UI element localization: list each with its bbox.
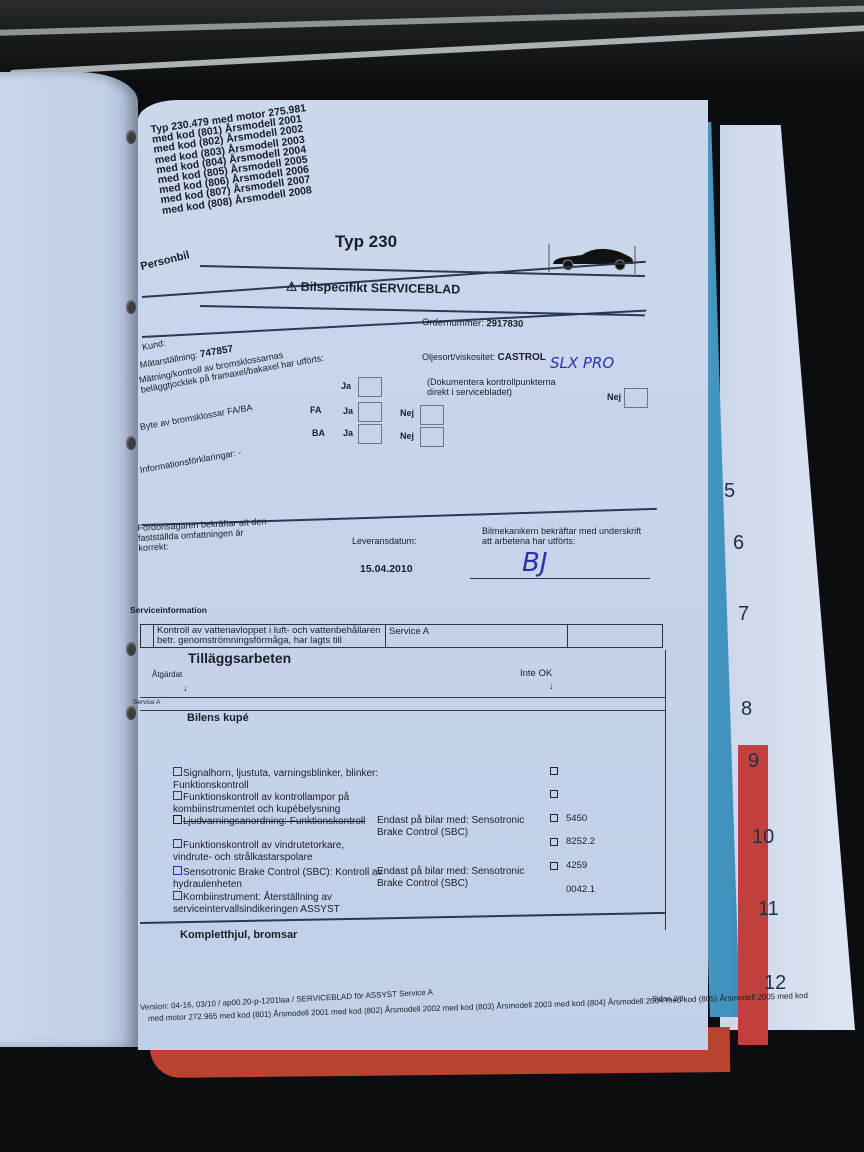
arrow-down-icon: ↓	[183, 683, 188, 693]
divider	[140, 697, 665, 698]
ba-ja-checkbox[interactable]	[358, 424, 382, 444]
page-number: Sidan 2/3	[652, 994, 684, 1003]
fa-label: FA	[310, 405, 322, 415]
ba-ja-label: Ja	[343, 428, 353, 438]
binder-ring	[126, 300, 136, 314]
fa-ja-checkbox[interactable]	[358, 402, 382, 422]
oil-value: CASTROL	[498, 352, 546, 363]
checked-box-icon[interactable]	[173, 866, 182, 875]
work-item: Funktionskontroll av kontrollampor på ko…	[173, 791, 383, 816]
work-item: Signalhorn, ljustuta, varningsblinker, b…	[173, 767, 383, 792]
additional-work-heading: Tilläggsarbeten	[188, 650, 291, 666]
not-ok-checkbox[interactable]	[550, 767, 558, 775]
arrow-down-icon: ↓	[549, 681, 554, 691]
divider-tab-8[interactable]: 8	[741, 698, 752, 721]
work-item-text: Kombiinstrument: Återställning av servic…	[173, 892, 340, 915]
sheet-title: ⚠ Bilspecifikt SERVICEBLAD	[286, 278, 460, 296]
not-ok-checkbox[interactable]	[550, 814, 558, 822]
col-done: Åtgärdat	[152, 670, 182, 679]
work-item: Sensotronic Brake Control (SBC): Kontrol…	[173, 866, 383, 891]
work-code: 0042.1	[566, 884, 595, 895]
binder-lid	[0, 0, 864, 80]
divider-tab-10[interactable]: 10	[752, 826, 774, 849]
service-info-text: Kontroll av vattenavloppet i luft- och v…	[154, 625, 386, 648]
divider-tab-6[interactable]: 6	[733, 532, 744, 555]
service-info-table: Kontroll av vattenavloppet i luft- och v…	[140, 624, 663, 648]
work-item-text: Funktionskontroll av kontrollampor på ko…	[173, 792, 349, 815]
divider-tab-9[interactable]: 9	[748, 750, 759, 773]
binder-ring	[126, 706, 136, 720]
work-code: 8252.2	[566, 836, 595, 847]
checked-box-icon[interactable]	[173, 891, 182, 900]
brake-check-ja-checkbox[interactable]	[358, 377, 382, 397]
work-item-text: Sensotronic Brake Control (SBC): Kontrol…	[173, 867, 383, 890]
oil-note: (Dokumentera kontrollpunkterna direkt i …	[427, 377, 577, 397]
col-not-ok: Inte OK	[520, 668, 552, 679]
oil-handwritten: SLX PRO	[550, 354, 614, 372]
table-row: Kontroll av vattenavloppet i luft- och v…	[141, 625, 663, 648]
not-ok-checkbox[interactable]	[550, 790, 558, 798]
checkbox-icon[interactable]	[173, 815, 182, 824]
oil-nej-label: Nej	[607, 392, 621, 402]
divider-tab-5[interactable]: 5	[724, 480, 735, 503]
service-info-service: Service A	[386, 625, 568, 648]
service-info-heading: Serviceinformation	[130, 605, 207, 615]
group-heading: Bilens kupé	[187, 712, 249, 724]
work-item-note: Endast på bilar med: Sensotronic Brake C…	[377, 815, 527, 839]
work-item: Funktionskontroll av vindrutetorkare, vi…	[173, 839, 383, 864]
order-label: Ordernummer:	[422, 317, 484, 329]
section-service-a: Service A	[133, 699, 160, 706]
brake-check-ja: Ja	[341, 381, 351, 391]
checked-box-icon[interactable]	[173, 767, 182, 776]
ba-nej-label: Nej	[400, 431, 414, 441]
sheet-title-text: Bilspecifikt SERVICEBLAD	[301, 280, 461, 297]
next-group-heading: Kompletthjul, bromsar	[180, 929, 297, 941]
mechanic-confirmation: Bilmekanikern bekräftar med underskrift …	[482, 526, 647, 546]
delivery-date: 15.04.2010	[360, 563, 413, 575]
binder-ring	[126, 436, 136, 450]
fa-ja-label: Ja	[343, 406, 353, 416]
signature-line	[470, 578, 650, 579]
fa-nej-label: Nej	[400, 408, 414, 418]
not-ok-checkbox[interactable]	[550, 862, 558, 870]
work-item: Ljudvarningsanordning: Funktionskontroll	[173, 815, 383, 828]
divider	[140, 710, 665, 711]
work-code: 5450	[566, 813, 587, 824]
oil-field: Oljesort/viskositet: CASTROL	[422, 352, 546, 363]
delivery-label: Leveransdatum:	[352, 536, 417, 546]
order-value: 2917830	[486, 318, 523, 330]
work-item-note: Endast på bilar med: Sensotronic Brake C…	[377, 866, 527, 890]
work-item: Kombiinstrument: Återställning av servic…	[173, 891, 383, 916]
car-silhouette-icon	[548, 244, 636, 274]
not-ok-checkbox[interactable]	[550, 838, 558, 846]
mechanic-signature: BJ	[522, 548, 548, 578]
work-item-text: Funktionskontroll av vindrutetorkare, vi…	[173, 840, 344, 863]
work-code: 4259	[566, 860, 587, 871]
checked-box-icon[interactable]	[173, 839, 182, 848]
binder-ring	[126, 642, 136, 656]
oil-label: Oljesort/viskositet:	[422, 352, 495, 362]
work-item-text: Ljudvarningsanordning: Funktionskontroll	[183, 816, 365, 827]
divider-tab-7[interactable]: 7	[738, 603, 749, 626]
oil-nej-checkbox[interactable]	[624, 388, 648, 408]
divider-tab-11[interactable]: 11	[758, 898, 779, 921]
fa-nej-checkbox[interactable]	[420, 405, 444, 425]
binder-ring	[126, 130, 136, 144]
order-number: Ordernummer: 2917830	[422, 317, 524, 330]
page-title: Typ 230	[335, 232, 397, 252]
checked-box-icon[interactable]	[173, 791, 182, 800]
ba-label: BA	[312, 428, 325, 438]
ba-nej-checkbox[interactable]	[420, 427, 444, 447]
warning-triangle-icon: ⚠	[286, 279, 297, 293]
work-item-text: Signalhorn, ljustuta, varningsblinker, b…	[173, 768, 378, 791]
left-page	[0, 72, 138, 1047]
